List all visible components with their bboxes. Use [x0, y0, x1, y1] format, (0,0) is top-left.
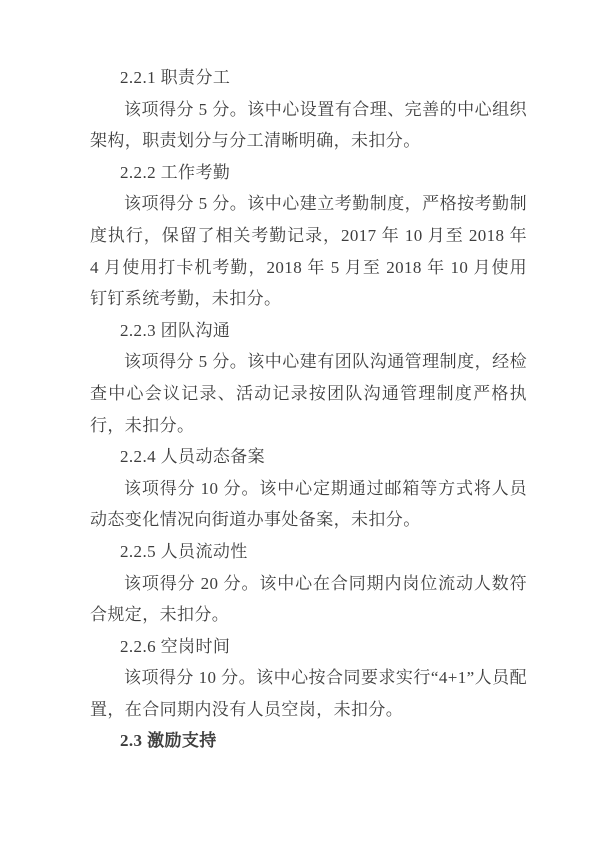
section-2-2-2: 2.2.2 工作考勤 该项得分 5 分。该中心建立考勤制度，严格按考勤制度执行，…: [90, 157, 527, 315]
section-2-2-1: 2.2.1 职责分工 该项得分 5 分。该中心设置有合理、完善的中心组织架构，职…: [90, 62, 527, 157]
section-2-3: 2.3 激励支持: [90, 725, 527, 757]
section-heading: 2.2.3 团队沟通: [90, 315, 527, 347]
paragraph: 该项得分 10 分。该中心定期通过邮箱等方式将人员动态变化情况向街道办事处备案，…: [90, 473, 527, 536]
paragraph: 该项得分 5 分。该中心建有团队沟通管理制度，经检查中心会议记录、活动记录按团队…: [90, 346, 527, 441]
section-heading: 2.2.1 职责分工: [90, 62, 527, 94]
section-heading: 2.3 激励支持: [90, 725, 527, 757]
paragraph: 该项得分 10 分。该中心按合同要求实行“4+1”人员配置，在合同期内没有人员空…: [90, 662, 527, 725]
paragraph: 该项得分 5 分。该中心建立考勤制度，严格按考勤制度执行，保留了相关考勤记录，2…: [90, 188, 527, 314]
document-page: 2.2.1 职责分工 该项得分 5 分。该中心设置有合理、完善的中心组织架构，职…: [0, 0, 600, 849]
paragraph: 该项得分 20 分。该中心在合同期内岗位流动人数符合规定，未扣分。: [90, 568, 527, 631]
section-heading: 2.2.4 人员动态备案: [90, 441, 527, 473]
page-text-block: 2.2.1 职责分工 该项得分 5 分。该中心设置有合理、完善的中心组织架构，职…: [90, 62, 527, 757]
section-2-2-3: 2.2.3 团队沟通 该项得分 5 分。该中心建有团队沟通管理制度，经检查中心会…: [90, 315, 527, 441]
section-2-2-6: 2.2.6 空岗时间 该项得分 10 分。该中心按合同要求实行“4+1”人员配置…: [90, 631, 527, 726]
paragraph: 该项得分 5 分。该中心设置有合理、完善的中心组织架构，职责划分与分工清晰明确，…: [90, 94, 527, 157]
section-heading: 2.2.6 空岗时间: [90, 631, 527, 663]
section-heading: 2.2.5 人员流动性: [90, 536, 527, 568]
section-2-2-5: 2.2.5 人员流动性 该项得分 20 分。该中心在合同期内岗位流动人数符合规定…: [90, 536, 527, 631]
section-2-2-4: 2.2.4 人员动态备案 该项得分 10 分。该中心定期通过邮箱等方式将人员动态…: [90, 441, 527, 536]
section-heading: 2.2.2 工作考勤: [90, 157, 527, 189]
